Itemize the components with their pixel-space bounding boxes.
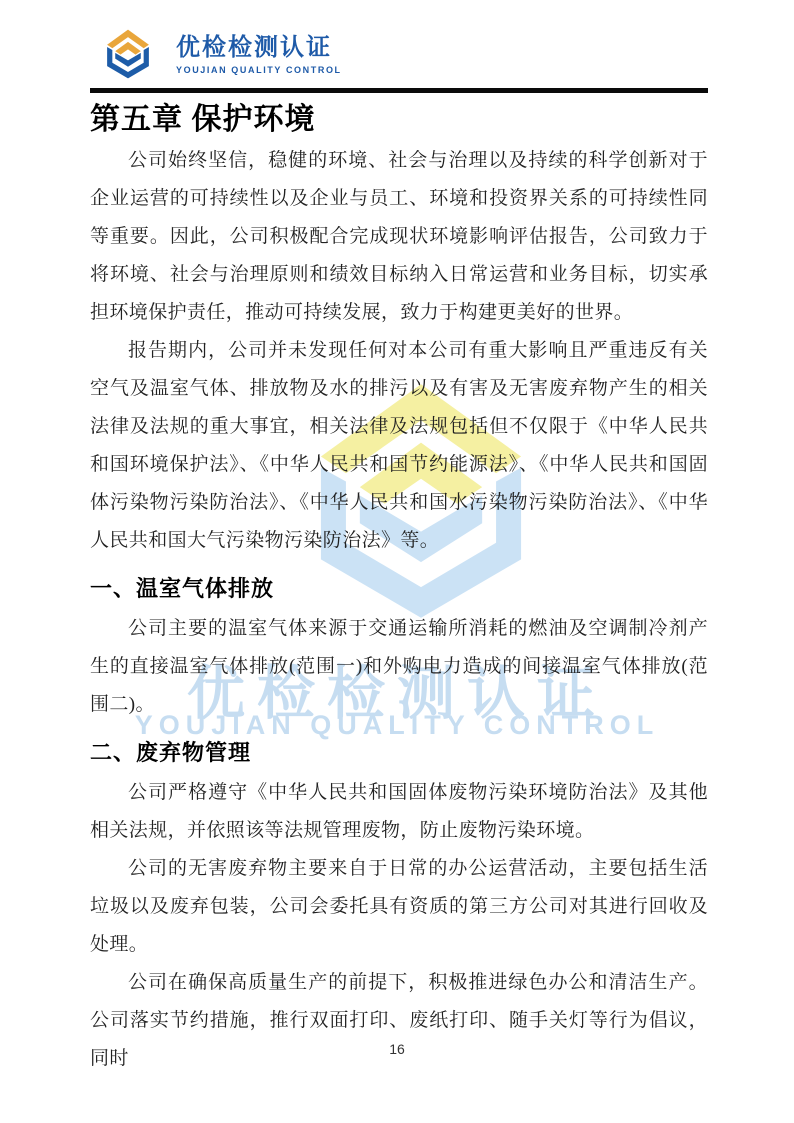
- page-number: 16: [0, 1041, 794, 1057]
- document-page: 优检检测认证 YOUJIAN QUALITY CONTROL 优检检测认证 YO…: [0, 0, 794, 1123]
- logo-cube-icon: [90, 25, 166, 83]
- chapter-title: 第五章 保护环境: [90, 100, 708, 140]
- section-heading-waste-management: 二、废弃物管理: [90, 736, 708, 770]
- section2-paragraph-1: 公司严格遵守《中华人民共和国固体废物污染环境防治法》及其他相关法规，并依照该等法…: [90, 774, 708, 850]
- intro-paragraph-1: 公司始终坚信，稳健的环境、社会与治理以及持续的科学创新对于企业运营的可持续性以及…: [90, 142, 708, 332]
- section-heading-greenhouse-gas: 一、温室气体排放: [90, 572, 708, 606]
- logo-text: 优检检测认证 YOUJIAN QUALITY CONTROL: [176, 34, 342, 75]
- logo-name-zh: 优检检测认证: [176, 34, 342, 62]
- company-logo: 优检检测认证 YOUJIAN QUALITY CONTROL: [90, 25, 708, 83]
- header-divider: [90, 88, 708, 93]
- section1-paragraph-1: 公司主要的温室气体来源于交通运输所消耗的燃油及空调制冷剂产生的直接温室气体排放(…: [90, 610, 708, 724]
- page-header: 优检检测认证 YOUJIAN QUALITY CONTROL: [90, 0, 708, 93]
- section2-paragraph-3: 公司在确保高质量生产的前提下，积极推进绿色办公和清洁生产。公司落实节约措施，推行…: [90, 964, 708, 1078]
- logo-name-en: YOUJIAN QUALITY CONTROL: [176, 65, 342, 75]
- section2-paragraph-2: 公司的无害废弃物主要来自于日常的办公运营活动，主要包括生活垃圾以及废弃包装，公司…: [90, 850, 708, 964]
- intro-paragraph-2: 报告期内，公司并未发现任何对本公司有重大影响且严重违反有关空气及温室气体、排放物…: [90, 332, 708, 560]
- document-content: 优检检测认证 YOUJIAN QUALITY CONTROL 第五章 保护环境 …: [0, 0, 794, 1078]
